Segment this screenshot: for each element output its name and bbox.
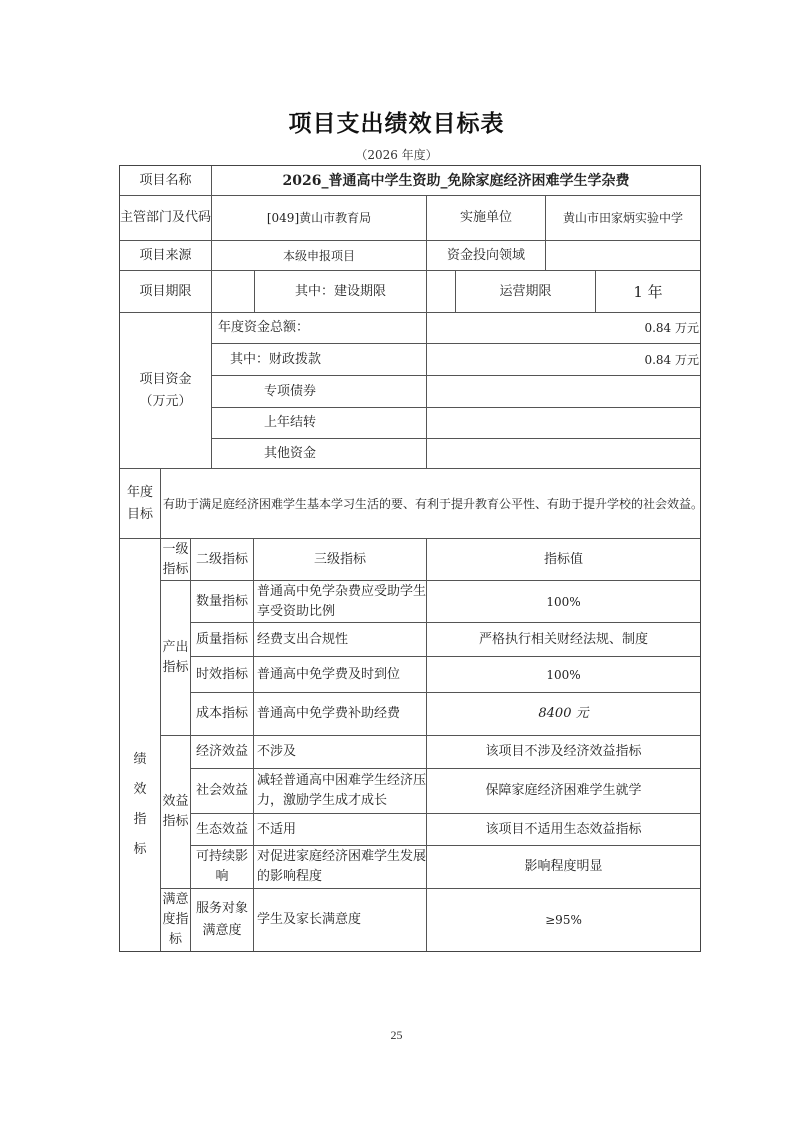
funds-label: 项目资金 （万元）: [119, 312, 212, 469]
value-timeliness: 100%: [426, 656, 701, 693]
value-service-satisfaction: ≥95%: [426, 888, 701, 952]
annual-goal-label-line2: 目标: [127, 504, 153, 526]
funds-label-line1: 项目资金: [139, 369, 191, 391]
level2-service-satisfaction: 服务对象满意度: [190, 888, 254, 952]
funds-special-bond-value: [426, 375, 701, 408]
value-ecological: 该项目不适用生态效益指标: [426, 813, 701, 846]
level1-output: 产出指标: [160, 580, 191, 736]
operation-period-value: 1 年: [595, 270, 701, 313]
construction-period-value: [426, 270, 456, 313]
level3-service-satisfaction: 学生及家长满意度: [253, 888, 427, 952]
header-level1: 一级指标: [160, 538, 191, 581]
header-value: 指标值: [426, 538, 701, 581]
level2-quantity: 数量指标: [190, 580, 254, 623]
funding-field-value: [545, 240, 701, 271]
level3-timeliness: 普通高中免学费及时到位: [253, 656, 427, 693]
performance-indicators-label: 绩 效 指 标: [119, 538, 161, 952]
section-char: 指: [133, 805, 146, 835]
level2-social: 社会效益: [190, 768, 254, 814]
funds-carryover-label: 上年结转: [211, 407, 427, 439]
level2-ecological: 生态效益: [190, 813, 254, 846]
level3-quantity: 普通高中免学杂费应受助学生享受资助比例: [253, 580, 427, 623]
section-char: 标: [133, 835, 146, 865]
annual-goal-label: 年度 目标: [119, 468, 161, 539]
funds-fiscal-value: 0.84 万元: [426, 343, 701, 376]
period-label: 项目期限: [119, 270, 212, 313]
funds-total-value: 0.84 万元: [426, 312, 701, 344]
project-name-label: 项目名称: [119, 165, 212, 196]
funds-fiscal-label: 其中：财政拨款: [211, 343, 427, 376]
funds-special-bond-label: 专项债券: [211, 375, 427, 408]
dept-value: [049]黄山市教育局: [211, 195, 427, 241]
period-blank-cell: [211, 270, 255, 313]
value-social: 保障家庭经济困难学生就学: [426, 768, 701, 814]
level3-quality: 经费支出合规性: [253, 622, 427, 657]
funds-label-line2: （万元）: [139, 391, 191, 413]
page-title: 项目支出绩效目标表: [0, 105, 793, 138]
value-cost: 8400 元: [426, 692, 701, 736]
funds-total-label: 年度资金总额：: [211, 312, 427, 344]
funds-carryover-value: [426, 407, 701, 439]
value-sustainable: 影响程度明显: [426, 845, 701, 889]
section-char: 效: [133, 775, 146, 805]
construction-period-label: 其中：建设期限: [254, 270, 427, 313]
value-economic: 该项目不涉及经济效益指标: [426, 735, 701, 769]
page-number: 25: [0, 1028, 793, 1043]
annual-goal-label-line1: 年度: [127, 482, 153, 504]
section-char: 绩: [133, 745, 146, 775]
level3-cost: 普通高中免学费补助经费: [253, 692, 427, 736]
funds-other-value: [426, 438, 701, 469]
level2-cost: 成本指标: [190, 692, 254, 736]
source-label: 项目来源: [119, 240, 212, 271]
page-subtitle-year: （2026 年度）: [0, 146, 793, 163]
project-name-value: 2026_普通高中学生资助_免除家庭经济困难学生学杂费: [211, 165, 701, 196]
level2-quality: 质量指标: [190, 622, 254, 657]
impl-unit-label: 实施单位: [426, 195, 546, 241]
level2-economic: 经济效益: [190, 735, 254, 769]
dept-label: 主管部门及代码: [119, 195, 212, 241]
level2-timeliness: 时效指标: [190, 656, 254, 693]
source-value: 本级申报项目: [211, 240, 427, 271]
level1-benefit: 效益指标: [160, 735, 191, 889]
level1-satisfaction: 满意度指标: [160, 888, 191, 952]
level3-economic: 不涉及: [253, 735, 427, 769]
header-level3: 三级指标: [253, 538, 427, 581]
level3-sustainable: 对促进家庭经济困难学生发展的影响程度: [253, 845, 427, 889]
funds-other-label: 其他资金: [211, 438, 427, 469]
funding-field-label: 资金投向领域: [426, 240, 546, 271]
operation-period-label: 运营期限: [455, 270, 596, 313]
level3-social: 减轻普通高中困难学生经济压力，激励学生成才成长: [253, 768, 427, 814]
value-quantity: 100%: [426, 580, 701, 623]
value-quality: 严格执行相关财经法规、制度: [426, 622, 701, 657]
level2-sustainable: 可持续影响: [190, 845, 254, 889]
annual-goal-text: 有助于满足庭经济困难学生基本学习生活的要、有利于提升教育公平性、有助于提升学校的…: [160, 468, 701, 539]
impl-unit-value: 黄山市田家炳实验中学: [545, 195, 701, 241]
level3-ecological: 不适用: [253, 813, 427, 846]
header-level2: 二级指标: [190, 538, 254, 581]
